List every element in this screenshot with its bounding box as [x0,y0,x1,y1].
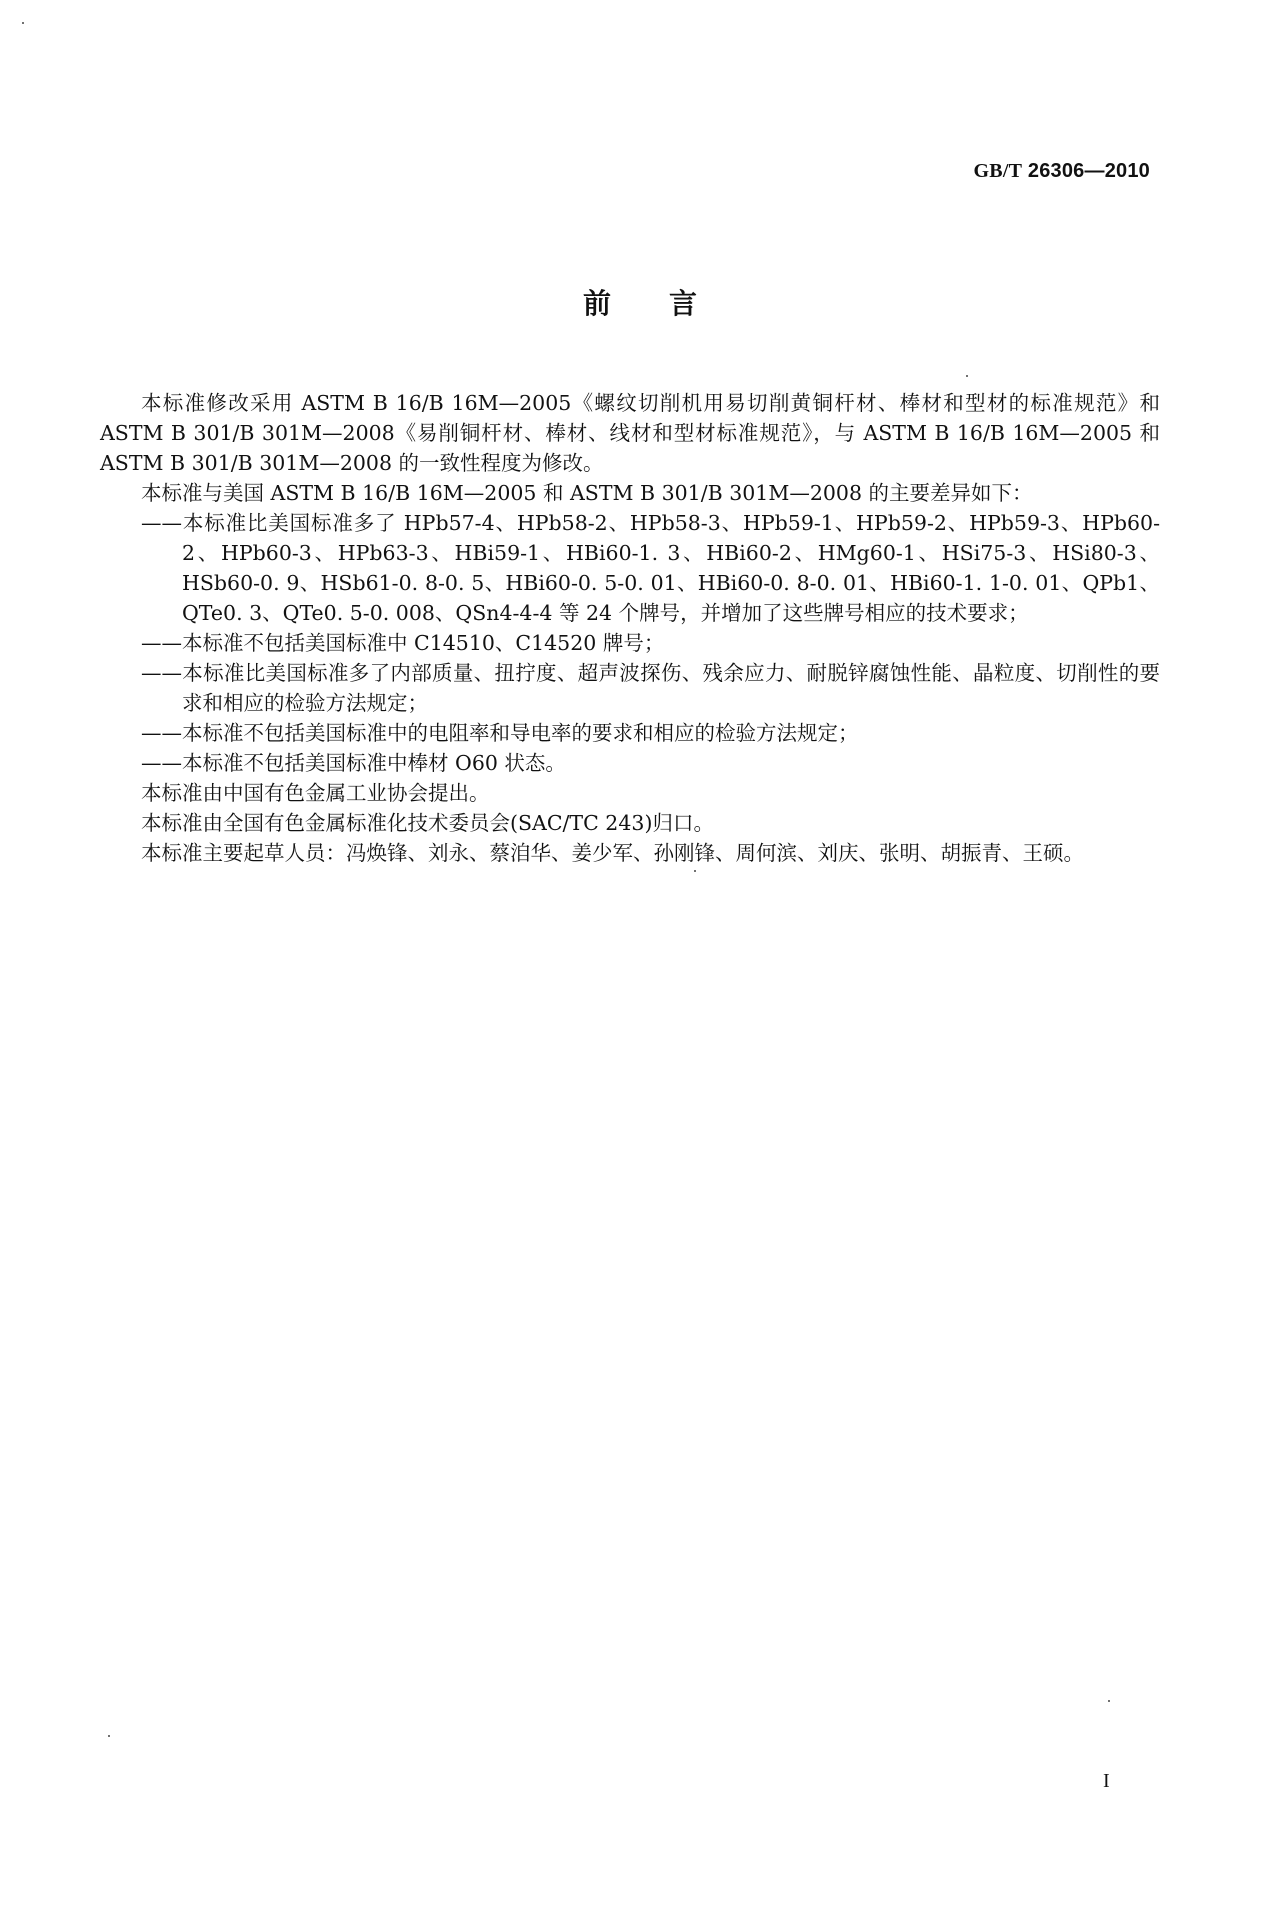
scan-speck [966,375,968,377]
difference-item: ——本标准不包括美国标准中 C14510、C14520 牌号； [141,628,1160,658]
standard-code: 26306—2010 [1028,160,1150,182]
page-number: I [1103,1770,1110,1793]
scan-speck [1108,1700,1110,1702]
paragraph-differences-intro: 本标准与美国 ASTM B 16/B 16M—2005 和 ASTM B 301… [100,478,1160,508]
standard-prefix: GB/T [974,160,1023,182]
scan-speck [22,22,24,24]
page-title: 前言 [0,282,1280,322]
paragraph-proposer: 本标准由中国有色金属工业协会提出。 [100,778,1160,808]
standard-number: GB/T 26306—2010 [974,160,1150,183]
difference-item: ——本标准比美国标准多了 HPb57-4、HPb58-2、HPb58-3、HPb… [141,508,1160,628]
paragraph-drafters: 本标准主要起草人员：冯焕锋、刘永、蔡洎华、姜少军、孙刚锋、周何滨、刘庆、张明、胡… [100,838,1160,868]
difference-item: ——本标准不包括美国标准中的电阻率和导电率的要求和相应的检验方法规定； [141,718,1160,748]
difference-item: ——本标准不包括美国标准中棒材 O60 状态。 [141,748,1160,778]
difference-item: ——本标准比美国标准多了内部质量、扭拧度、超声波探伤、残余应力、耐脱锌腐蚀性能、… [141,658,1160,718]
scan-speck [108,1735,110,1737]
scan-speck [694,870,696,872]
paragraph-committee: 本标准由全国有色金属标准化技术委员会(SAC/TC 243)归口。 [100,808,1160,838]
paragraph-adoption: 本标准修改采用 ASTM B 16/B 16M—2005《螺纹切削机用易切削黄铜… [100,388,1160,478]
foreword-body: 本标准修改采用 ASTM B 16/B 16M—2005《螺纹切削机用易切削黄铜… [100,388,1160,868]
